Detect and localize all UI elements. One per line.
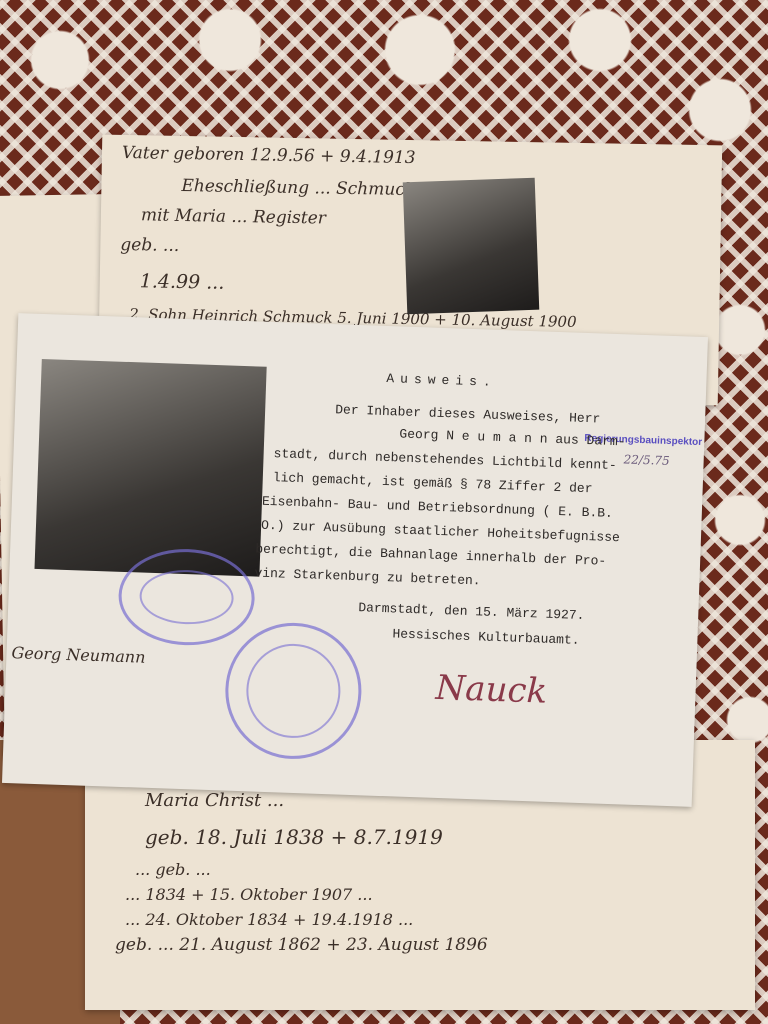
bottom-letter-line: ... 1834 + 15. Oktober 1907 ... — [125, 885, 373, 904]
top-letter-line: geb. ... — [120, 235, 179, 256]
ausweis-line: O.) zur Ausübung staatlicher Hoheitsbefu… — [261, 518, 620, 546]
ausweis-line: vinz Starkenburg zu betreten. — [254, 566, 481, 589]
signature: Nauck — [435, 668, 548, 712]
official-seal — [223, 621, 364, 762]
top-letter-line: Eheschließung ... Schmuck — [181, 176, 415, 200]
holder-signature: Georg Neumann — [11, 643, 146, 667]
ausweis-line: Eisenbahn- Bau- und Betriebsordnung ( E.… — [262, 494, 613, 521]
bottom-letter-line: ... 24. Oktober 1834 + 19.4.1918 ... — [125, 910, 413, 929]
top-letter-line: mit Maria ... Register — [141, 205, 326, 228]
bottom-letter-line: Maria Christ ... — [145, 790, 284, 811]
top-letter-line: 1.4.99 ... — [140, 270, 225, 293]
ausweis-card: Ausweis. Regierungsbauinspektor 22/5.75 … — [2, 313, 708, 807]
bottom-letter-line: ... geb. ... — [135, 860, 211, 879]
ausweis-line: lich gemacht, ist gemäß § 78 Ziffer 2 de… — [273, 470, 593, 496]
neumann-photo — [34, 359, 266, 577]
bottom-letter-line: geb. 18. Juli 1838 + 8.7.1919 — [145, 825, 443, 849]
ausweis-line: berechtigt, die Bahnanlage innerhalb der… — [255, 542, 606, 569]
handwritten-date: 22/5.75 — [623, 452, 669, 468]
older-man-photo — [403, 178, 540, 315]
ausweis-place-date: Darmstadt, den 15. März 1927. — [358, 600, 585, 623]
ausweis-line: stadt, durch nebenstehendes Lichtbild ke… — [273, 446, 617, 473]
bottom-letter-line: geb. ... 21. August 1862 + 23. August 18… — [115, 935, 488, 955]
ausweis-line: Der Inhaber dieses Ausweises, Herr — [335, 402, 601, 426]
ausweis-authority: Hessisches Kulturbauamt. — [392, 626, 580, 648]
ausweis-line: Georg N e u m a n n aus Darm- — [399, 426, 626, 449]
ausweis-title: Ausweis. — [386, 371, 497, 390]
top-letter-line: Vater geboren 12.9.56 + 9.4.1913 — [122, 143, 416, 168]
